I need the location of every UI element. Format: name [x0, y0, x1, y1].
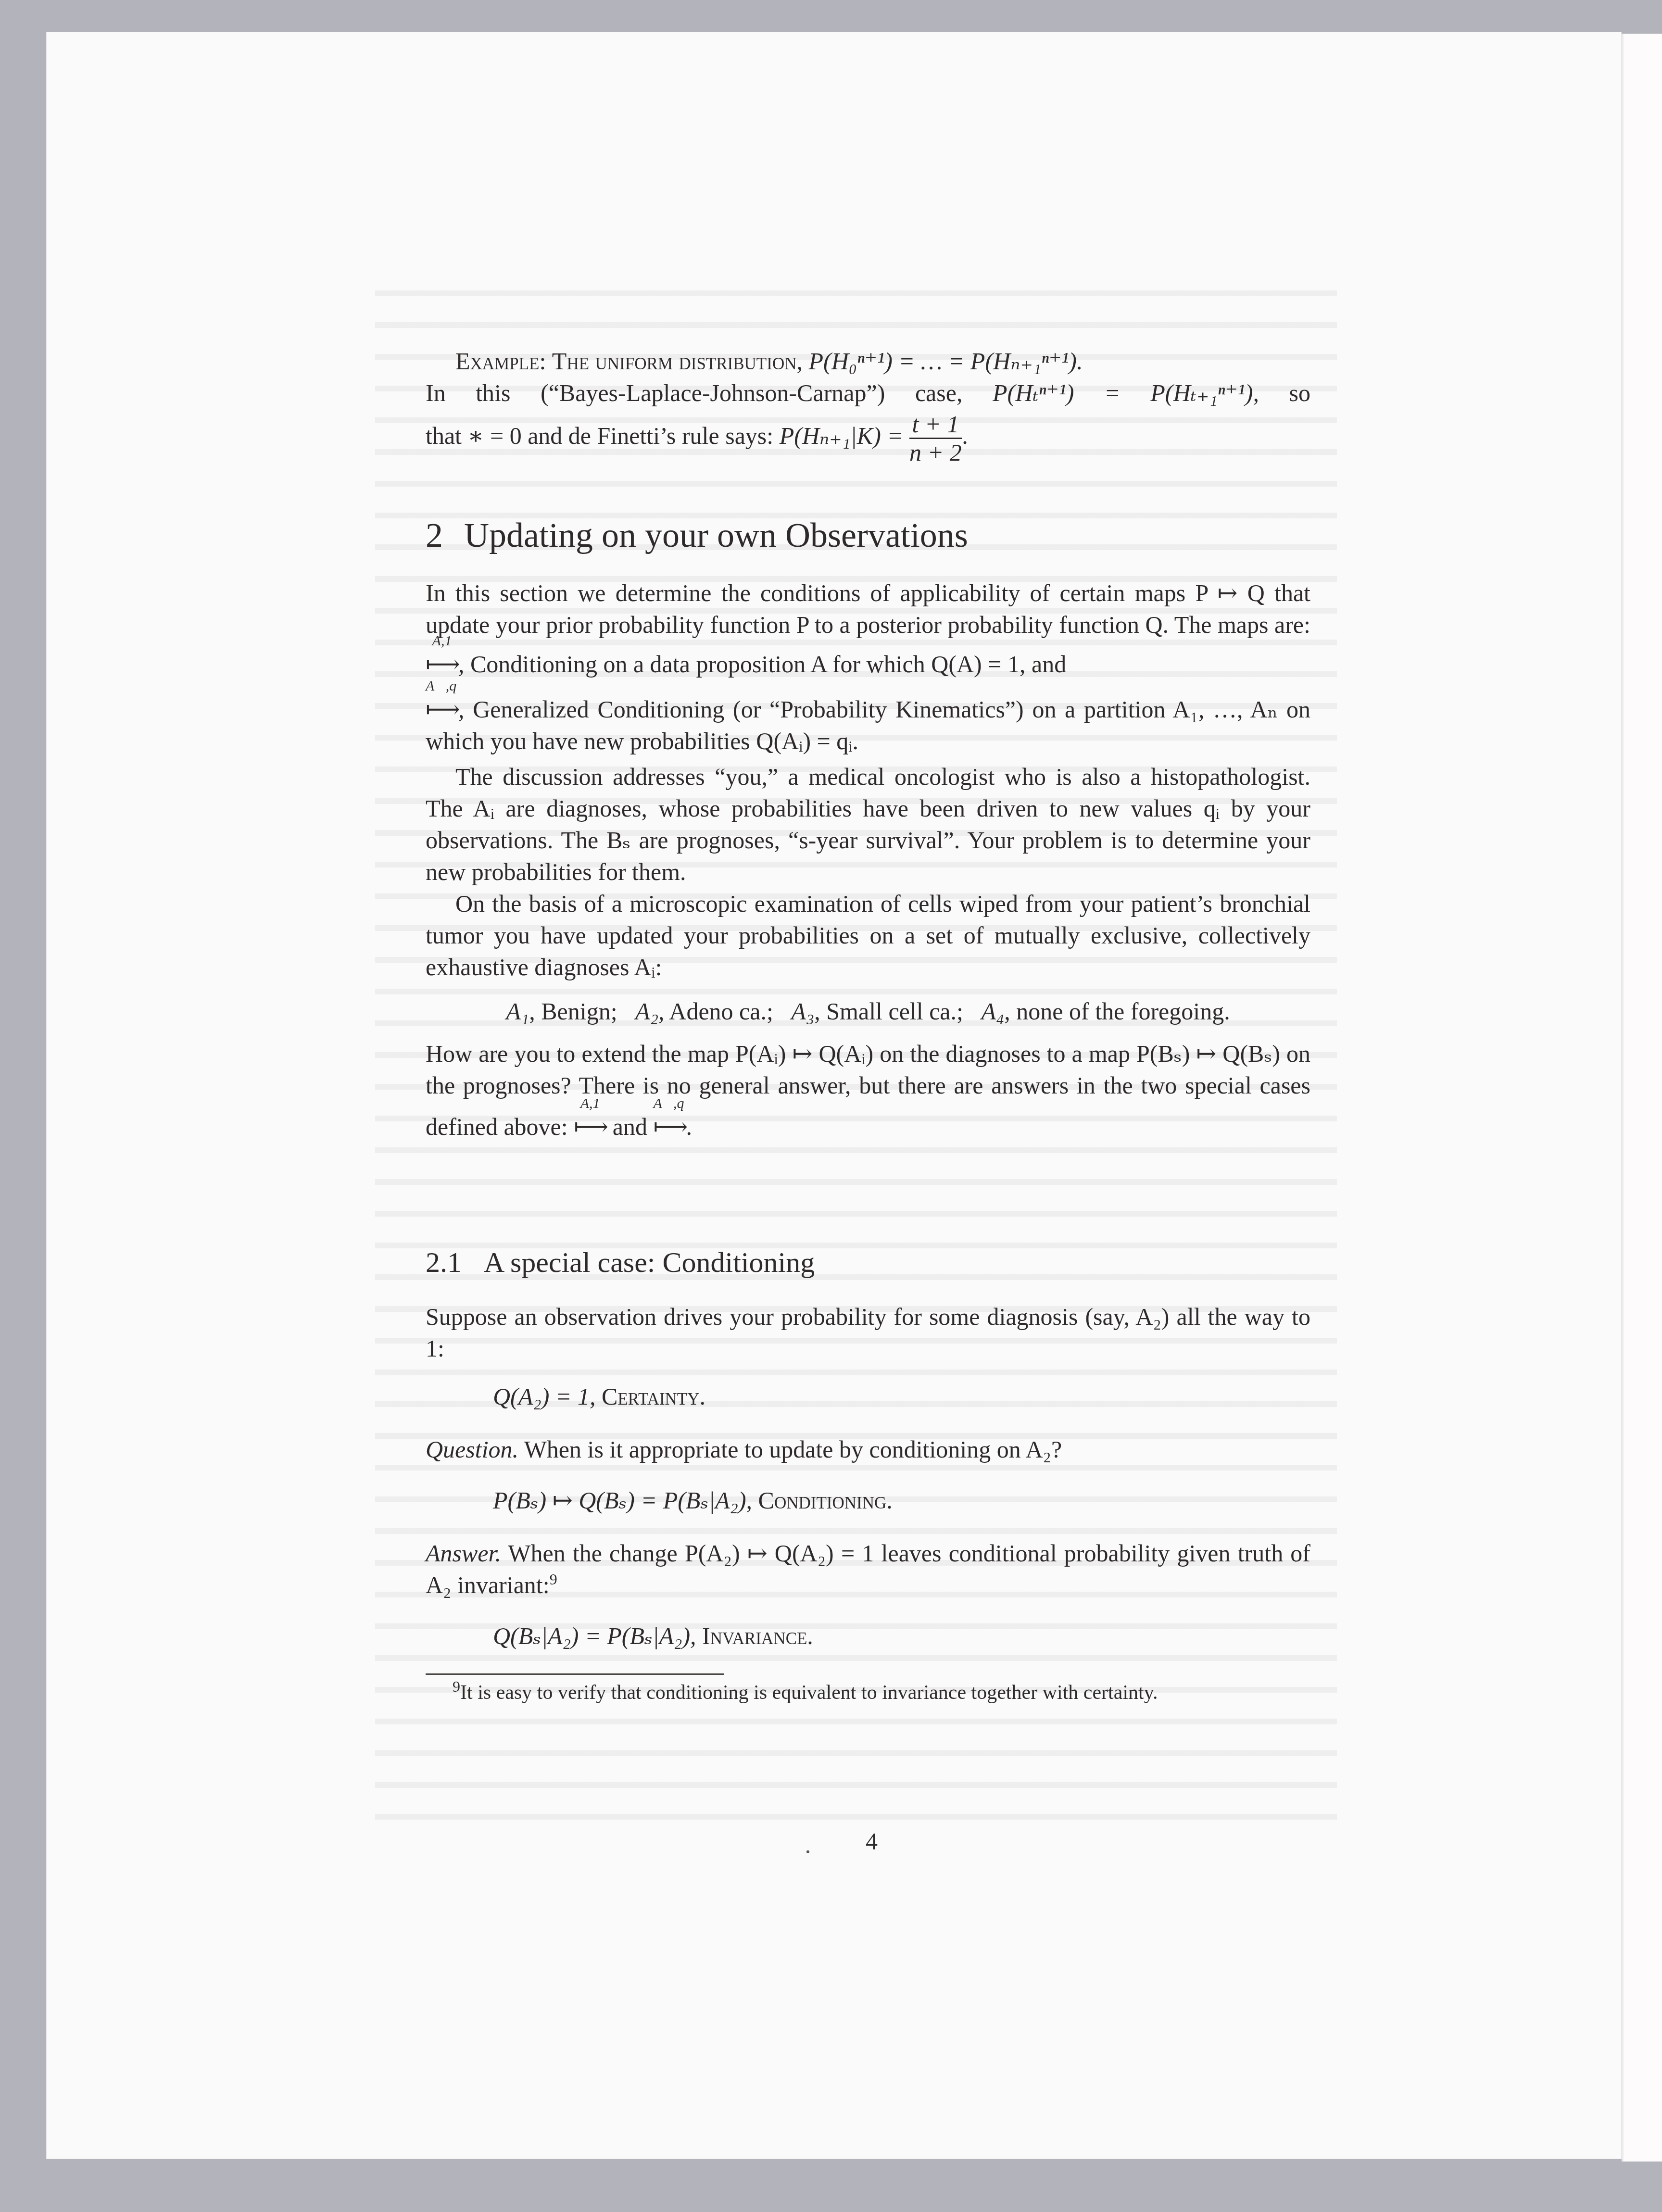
diagnosis-symbol: A₂	[635, 998, 658, 1025]
section-2-1: 2.1A special case: Conditioning Suppose …	[426, 1243, 1310, 1652]
equation-body: Q(Bₛ|A₂) = P(Bₛ|A₂),	[493, 1622, 696, 1649]
next-page-edge	[1622, 34, 1662, 2162]
equation-body: Q(A₂) = 1,	[493, 1383, 596, 1410]
diagnosis-symbol: A₄	[981, 998, 1004, 1025]
question-paragraph: Question. When is it appropriate to upda…	[426, 1433, 1310, 1465]
footnote-text: It is easy to verify that conditioning i…	[460, 1682, 1158, 1704]
equation-body: P(Bₛ) ↦ Q(Bₛ) = P(Bₛ|A₂),	[493, 1487, 752, 1514]
fraction-denominator: n + 2	[909, 439, 962, 466]
footnote-reference[interactable]: 9	[550, 1571, 557, 1588]
equation-label: Certainty.	[602, 1383, 705, 1410]
map1-description: , Conditioning on a data proposition A f…	[458, 651, 1066, 678]
section-title: Updating on your own Observations	[464, 516, 968, 554]
equation-label: Conditioning.	[758, 1487, 893, 1514]
arrow-label: A,1	[426, 634, 458, 648]
map2-description: , Generalized Conditioning (or “Probabil…	[426, 696, 1310, 754]
and-word: and	[613, 1113, 647, 1140]
section-2-intro: In this section we determine the conditi…	[426, 577, 1310, 1143]
rule-lhs: P(Hₙ₊₁|K) =	[780, 422, 903, 449]
diagnosis-label: Adeno ca.;	[669, 998, 773, 1025]
diagnosis-label: Benign;	[541, 998, 617, 1025]
section-number: 2	[426, 516, 443, 554]
question-text: When is it appropriate to update by cond…	[524, 1436, 1062, 1463]
rule-fraction: t + 1 n + 2	[909, 411, 962, 466]
footnote: 9It is easy to verify that conditioning …	[426, 1679, 1310, 1706]
certainty-equation: Q(A₂) = 1, Certainty.	[426, 1381, 1310, 1412]
oncologist-paragraph: The discussion addresses “you,” a medica…	[426, 761, 1310, 888]
example-line2-text: In this (“Bayes-Laplace-Johnson-Carnap”)…	[426, 379, 962, 406]
diagnoses-list: A₁, Benign; A₂, Adeno ca.; A₃, Small cel…	[426, 995, 1310, 1027]
intro-paragraph: In this section we determine the conditi…	[426, 577, 1310, 641]
answer-paragraph: Answer. When the change P(A₂) ↦ Q(A₂) = …	[426, 1537, 1310, 1601]
extend-map-paragraph: How are you to extend the map P(Aᵢ) ↦ Q(…	[426, 1038, 1310, 1143]
diagnosis-symbol: A₃	[791, 998, 814, 1025]
example-paragraph: Example: The uniform distribution, P(H₀ⁿ…	[426, 345, 1310, 466]
arrow-label: A⃗,q⃗	[426, 679, 458, 693]
conditioning-arrow-icon: A,1⟼	[426, 648, 458, 680]
invariance-equation: Q(Bₛ|A₂) = P(Bₛ|A₂), Invariance.	[426, 1620, 1310, 1652]
answer-label: Answer.	[426, 1540, 501, 1567]
suppose-paragraph: Suppose an observation drives your proba…	[426, 1301, 1310, 1364]
question-label: Question.	[426, 1436, 518, 1463]
subsection-title: A special case: Conditioning	[484, 1246, 815, 1278]
equation-label: Invariance.	[702, 1622, 813, 1649]
footnote-rule	[426, 1673, 724, 1675]
arrow-label: A,1	[574, 1096, 606, 1111]
extend-map-text: How are you to extend the map P(Aᵢ) ↦ Q(…	[426, 1040, 1310, 1140]
page-number: 4	[866, 1827, 878, 1855]
answer-text: When the change P(A₂) ↦ Q(A₂) = 1 leaves…	[426, 1540, 1310, 1598]
diagnosis-label: Small cell ca.;	[826, 998, 963, 1025]
kinematics-arrow-icon: A⃗,q⃗⟼	[426, 693, 458, 725]
arrow-label: A⃗,q⃗	[653, 1096, 686, 1111]
conditioning-arrow-icon: A,1⟼	[574, 1111, 606, 1143]
blj-formula: P(Hₜⁿ⁺¹) = P(Hₜ₊₁ⁿ⁺¹),	[993, 379, 1259, 406]
example-title: The uniform distribution,	[552, 348, 803, 375]
footnote-mark: 9	[453, 1678, 460, 1695]
microscopic-paragraph: On the basis of a microscopic examinatio…	[426, 888, 1310, 983]
section-2-heading: 2Updating on your own Observations	[426, 514, 1310, 557]
uniform-formula: P(H₀ⁿ⁺¹) = … = P(Hₙ₊₁ⁿ⁺¹).	[808, 348, 1083, 375]
diagnosis-label: none of the foregoing.	[1016, 998, 1230, 1025]
de-finetti-text: that ∗ = 0 and de Finetti’s rule says:	[426, 422, 773, 449]
diagnosis-symbol: A₁	[506, 998, 529, 1025]
example-line2-end: so	[1289, 379, 1310, 406]
conditioning-equation: P(Bₛ) ↦ Q(Bₛ) = P(Bₛ|A₂), Conditioning.	[426, 1484, 1310, 1516]
rule-period: .	[962, 422, 968, 449]
subsection-number: 2.1	[426, 1246, 462, 1278]
paper-speck	[806, 1850, 809, 1853]
example-label: Example:	[455, 348, 546, 375]
kinematics-arrow-icon: A⃗,q⃗⟼	[653, 1111, 686, 1143]
fraction-numerator: t + 1	[909, 411, 962, 439]
